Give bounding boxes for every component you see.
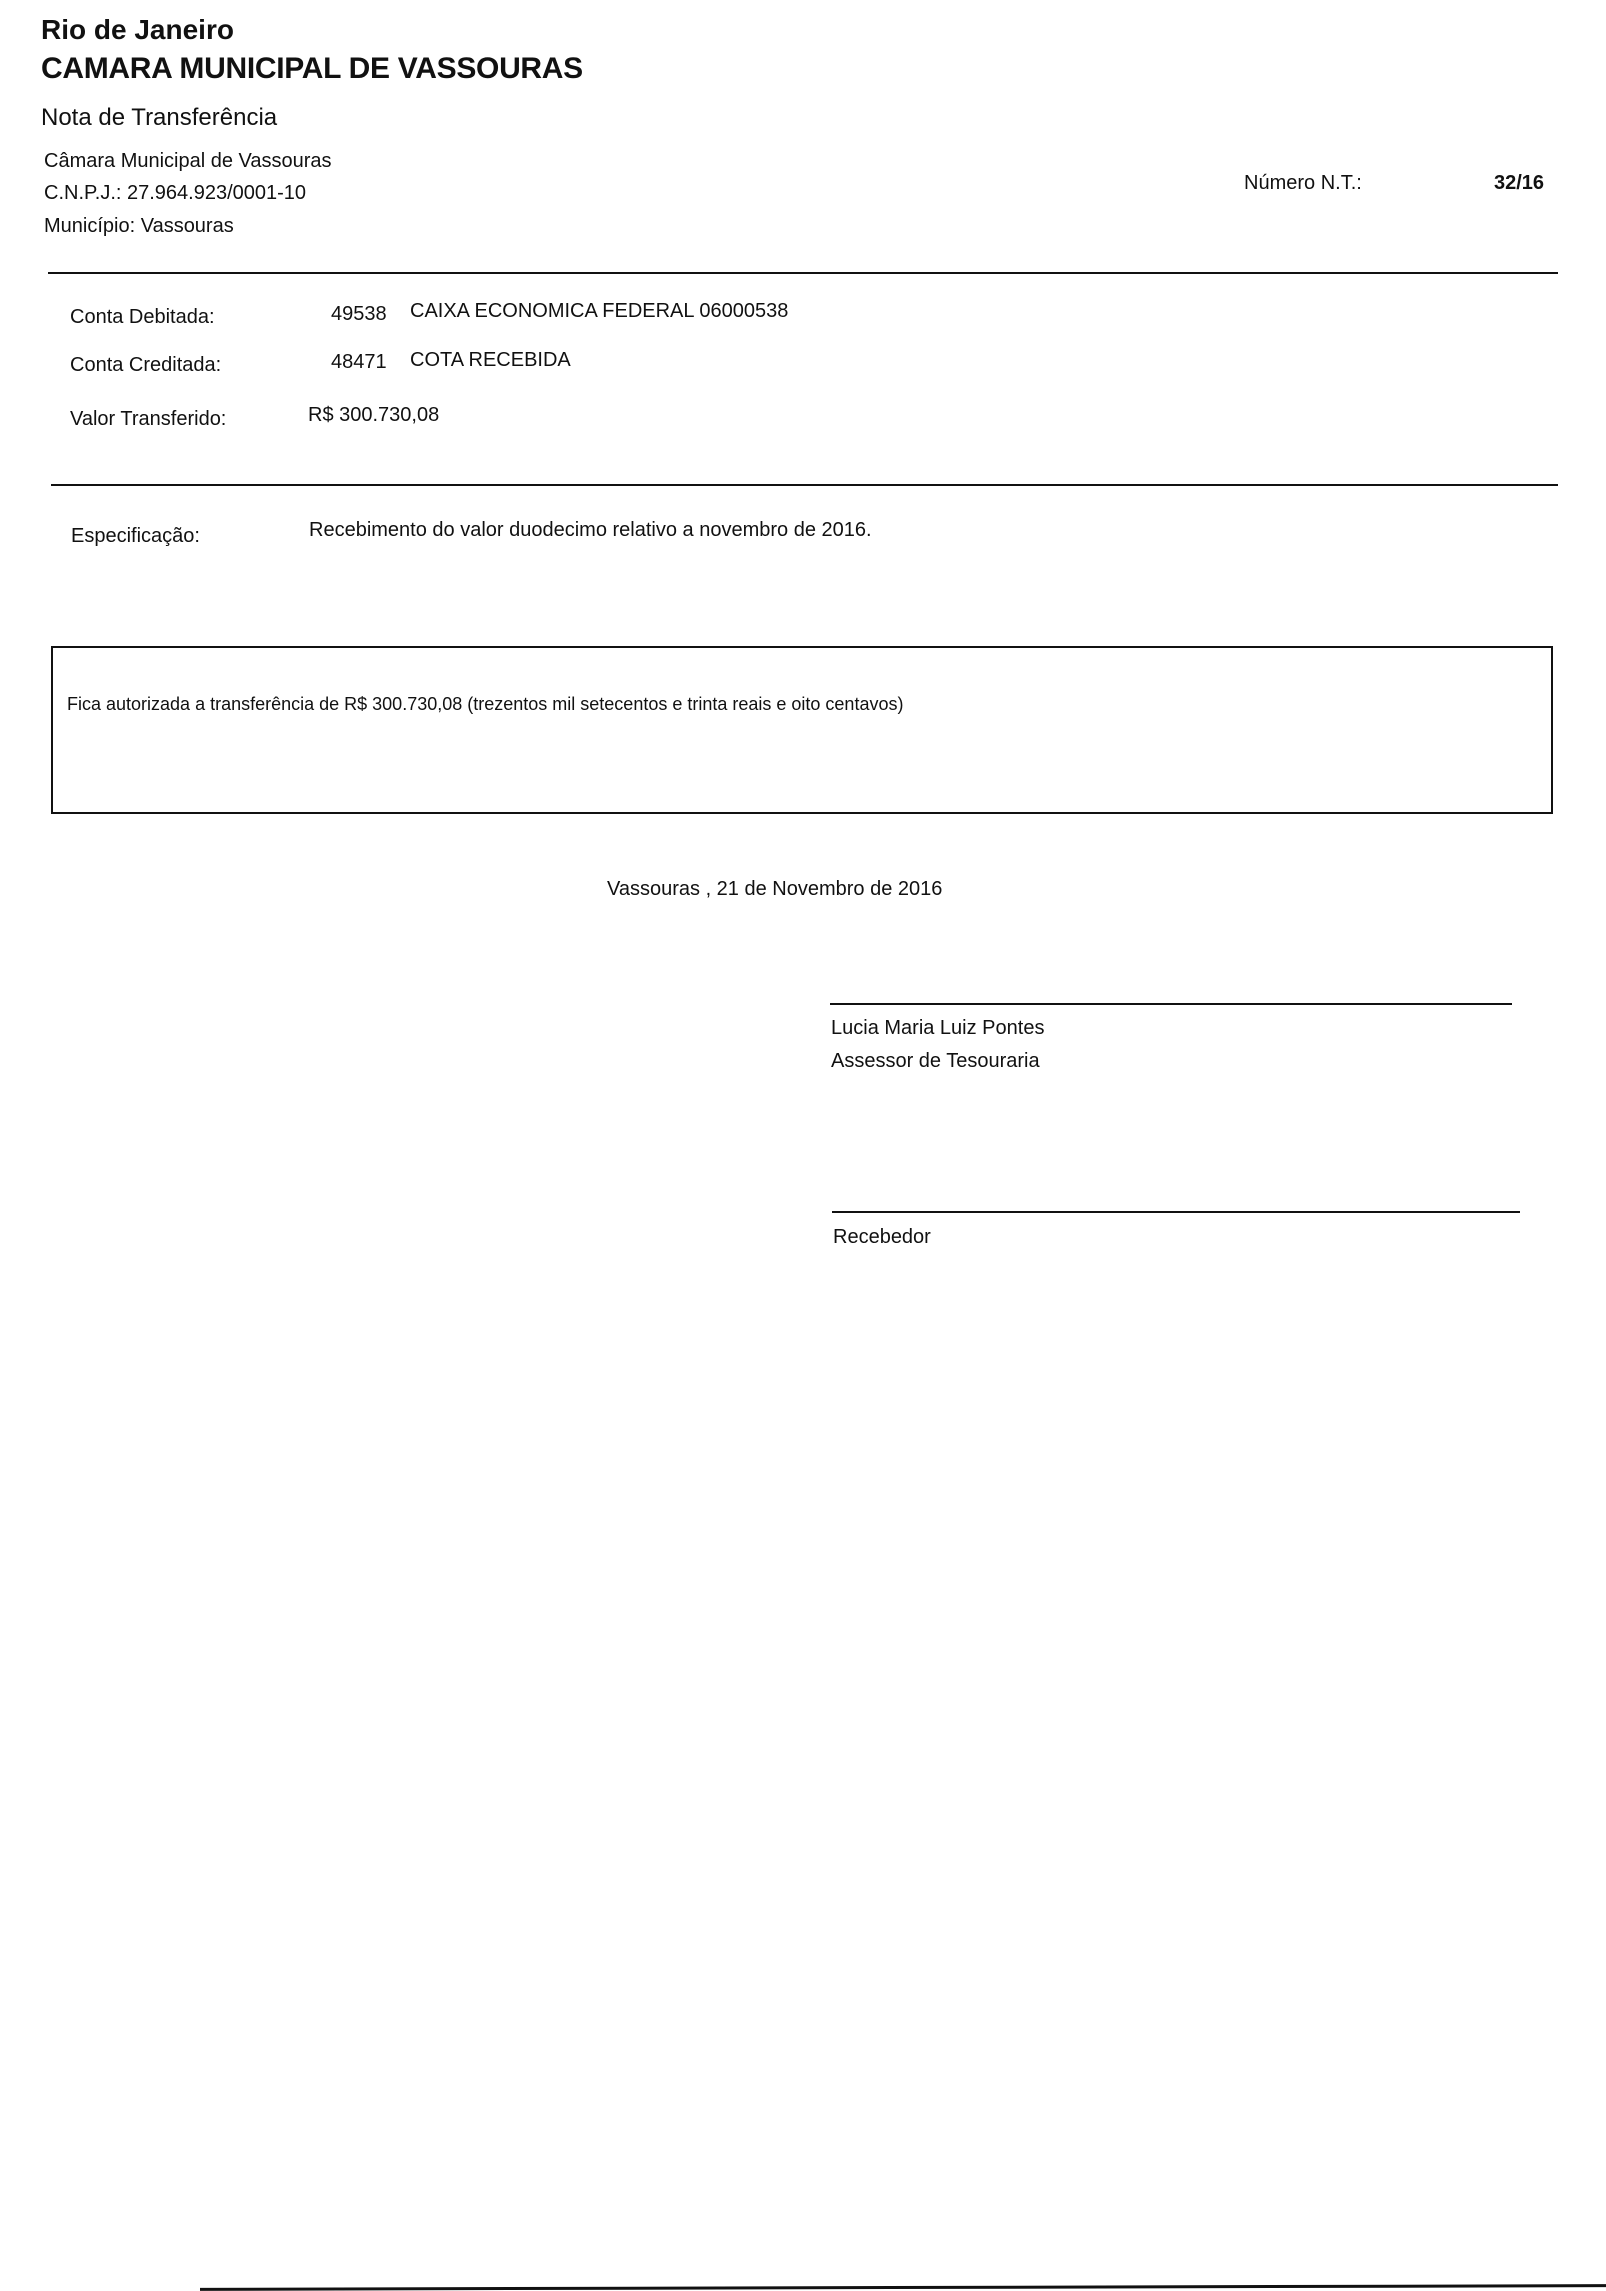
debited-account-code: 49538 [331, 303, 387, 326]
receiver-label: Recebedor [833, 1226, 931, 1249]
entity-name: Câmara Municipal de Vassouras [44, 150, 332, 173]
place-date: Vassouras , 21 de Novembro de 2016 [607, 878, 942, 901]
signature-line-receiver [832, 1211, 1520, 1213]
specification-text: Recebimento do valor duodecimo relativo … [309, 519, 872, 542]
page-edge-line [200, 2284, 1606, 2291]
signer-role: Assessor de Tesouraria [831, 1050, 1040, 1073]
state-name: Rio de Janeiro [41, 14, 234, 46]
municipality: Município: Vassouras [44, 215, 234, 238]
credited-account-name: COTA RECEBIDA [410, 349, 571, 372]
authorization-text: Fica autorizada a transferência de R$ 30… [67, 694, 903, 715]
credited-account-code: 48471 [331, 351, 387, 374]
number-label: Número N.T.: [1244, 172, 1362, 195]
debited-account-label: Conta Debitada: [70, 306, 215, 329]
signature-line-treasurer [830, 1003, 1512, 1005]
credited-account-label: Conta Creditada: [70, 354, 221, 377]
divider-middle [51, 484, 1558, 486]
cnpj: C.N.P.J.: 27.964.923/0001-10 [44, 182, 306, 205]
signer-name: Lucia Maria Luiz Pontes [831, 1017, 1044, 1040]
amount-value: R$ 300.730,08 [308, 404, 439, 427]
debited-account-name: CAIXA ECONOMICA FEDERAL 06000538 [410, 300, 788, 323]
document-type: Nota de Transferência [41, 104, 277, 132]
organization-title: CAMARA MUNICIPAL DE VASSOURAS [41, 52, 583, 86]
specification-label: Especificação: [71, 525, 200, 548]
divider-top [48, 272, 1558, 274]
authorization-box: Fica autorizada a transferência de R$ 30… [51, 646, 1553, 814]
number-value: 32/16 [1494, 172, 1544, 195]
amount-label: Valor Transferido: [70, 408, 226, 431]
